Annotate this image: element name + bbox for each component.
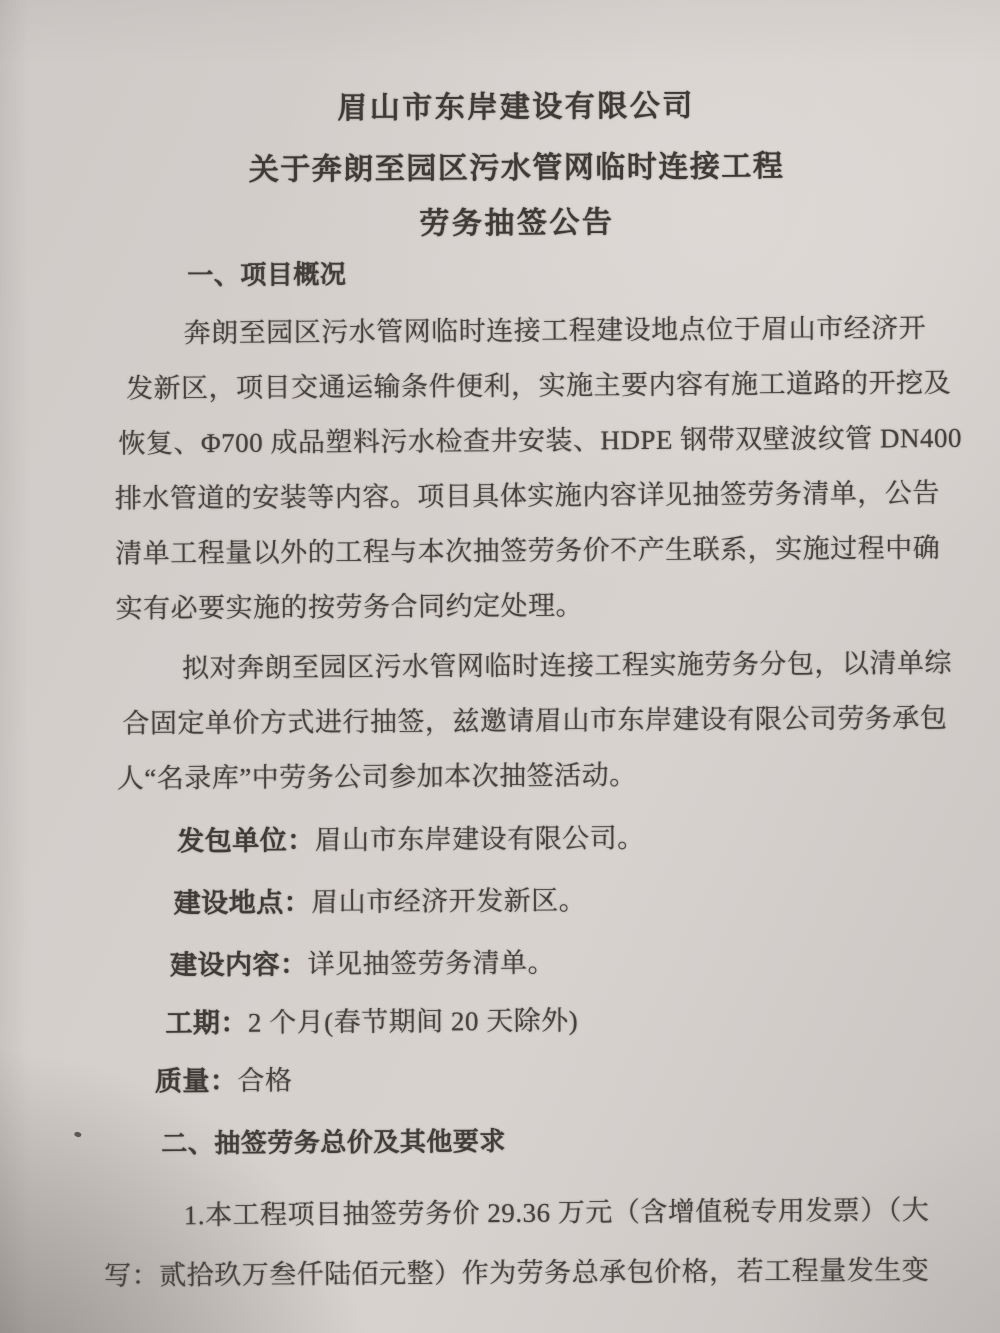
section2-heading: 二、抽签劳务总价及其他要求 — [161, 1121, 506, 1160]
paragraph-line: 奔朗至园区污水管网临时连接工程建设地点位于眉山市经济开 — [184, 306, 927, 350]
section1-heading: 一、项目概况 — [187, 254, 346, 292]
field-value: 眉山市经济开发新区。 — [311, 885, 586, 917]
field-label: 质量： — [155, 1066, 238, 1097]
doc-title-company: 眉山市东岸建设有限公司 — [106, 79, 926, 129]
field-row: 工期：2 个月(春节期间 20 天除外) — [165, 998, 578, 1040]
field-value: 2 个月(春节期间 20 天除外) — [248, 1005, 578, 1037]
doc-title-main: 劳务抽签公告 — [107, 195, 927, 245]
paragraph-line: 写：贰拾玖万叁仟陆佰元整）作为劳务总承包价格，若工程量发生变 — [104, 1248, 929, 1293]
paragraph-line: 人“名录库”中劳务公司参加本次抽签活动。 — [117, 753, 637, 796]
doc-title-subject: 关于奔朗至园区污水管网临时连接工程 — [106, 140, 926, 190]
field-label: 发包单位： — [177, 825, 315, 856]
field-row: 质量：合格 — [155, 1058, 293, 1098]
paragraph-line: 发新区，项目交通运输条件便利，实施主要内容有施工道路的开挖及 — [126, 361, 951, 406]
field-label: 建设地点： — [174, 887, 312, 918]
field-row: 建设地点：眉山市经济开发新区。 — [173, 878, 586, 920]
field-value: 合格 — [237, 1065, 292, 1095]
paragraph-line: 1.本工程项目抽签劳务价 29.36 万元（含增值税专用发票）（大 — [184, 1188, 930, 1232]
paragraph-line: 合固定单价方式进行抽签，兹邀请眉山市东岸建设有限公司劳务承包 — [122, 696, 947, 741]
ink-speck — [74, 1131, 82, 1138]
field-value: 详见抽签劳务清单。 — [307, 948, 555, 980]
paragraph-line: 拟对奔朗至园区污水管网临时连接工程实施劳务分包，以清单综 — [182, 641, 952, 685]
paragraph-line: 实有必要实施的按劳务合同约定处理。 — [115, 583, 583, 625]
paragraph-line: 清单工程量以外的工程与本次抽签劳务价不产生联系，实施过程中确 — [115, 526, 940, 571]
paragraph-line: 排水管道的安装等内容。项目具体实施内容详见抽签劳务清单，公告 — [115, 471, 940, 516]
field-row: 建设内容：详见抽签劳务清单。 — [170, 941, 555, 983]
field-value: 眉山市东岸建设有限公司。 — [315, 823, 645, 855]
field-label: 建设内容： — [170, 949, 308, 980]
photographed-document-page: 眉山市东岸建设有限公司 关于奔朗至园区污水管网临时连接工程 劳务抽签公告 一、项… — [0, 0, 1000, 1333]
field-row: 发包单位：眉山市东岸建设有限公司。 — [177, 816, 645, 858]
document-sheet: 眉山市东岸建设有限公司 关于奔朗至园区污水管网临时连接工程 劳务抽签公告 一、项… — [0, 0, 1000, 1333]
field-label: 工期： — [165, 1008, 248, 1039]
paragraph-line: 恢复、Φ700 成品塑料污水检查井安装、HDPE 钢带双壁波纹管 DN400 — [118, 416, 962, 461]
